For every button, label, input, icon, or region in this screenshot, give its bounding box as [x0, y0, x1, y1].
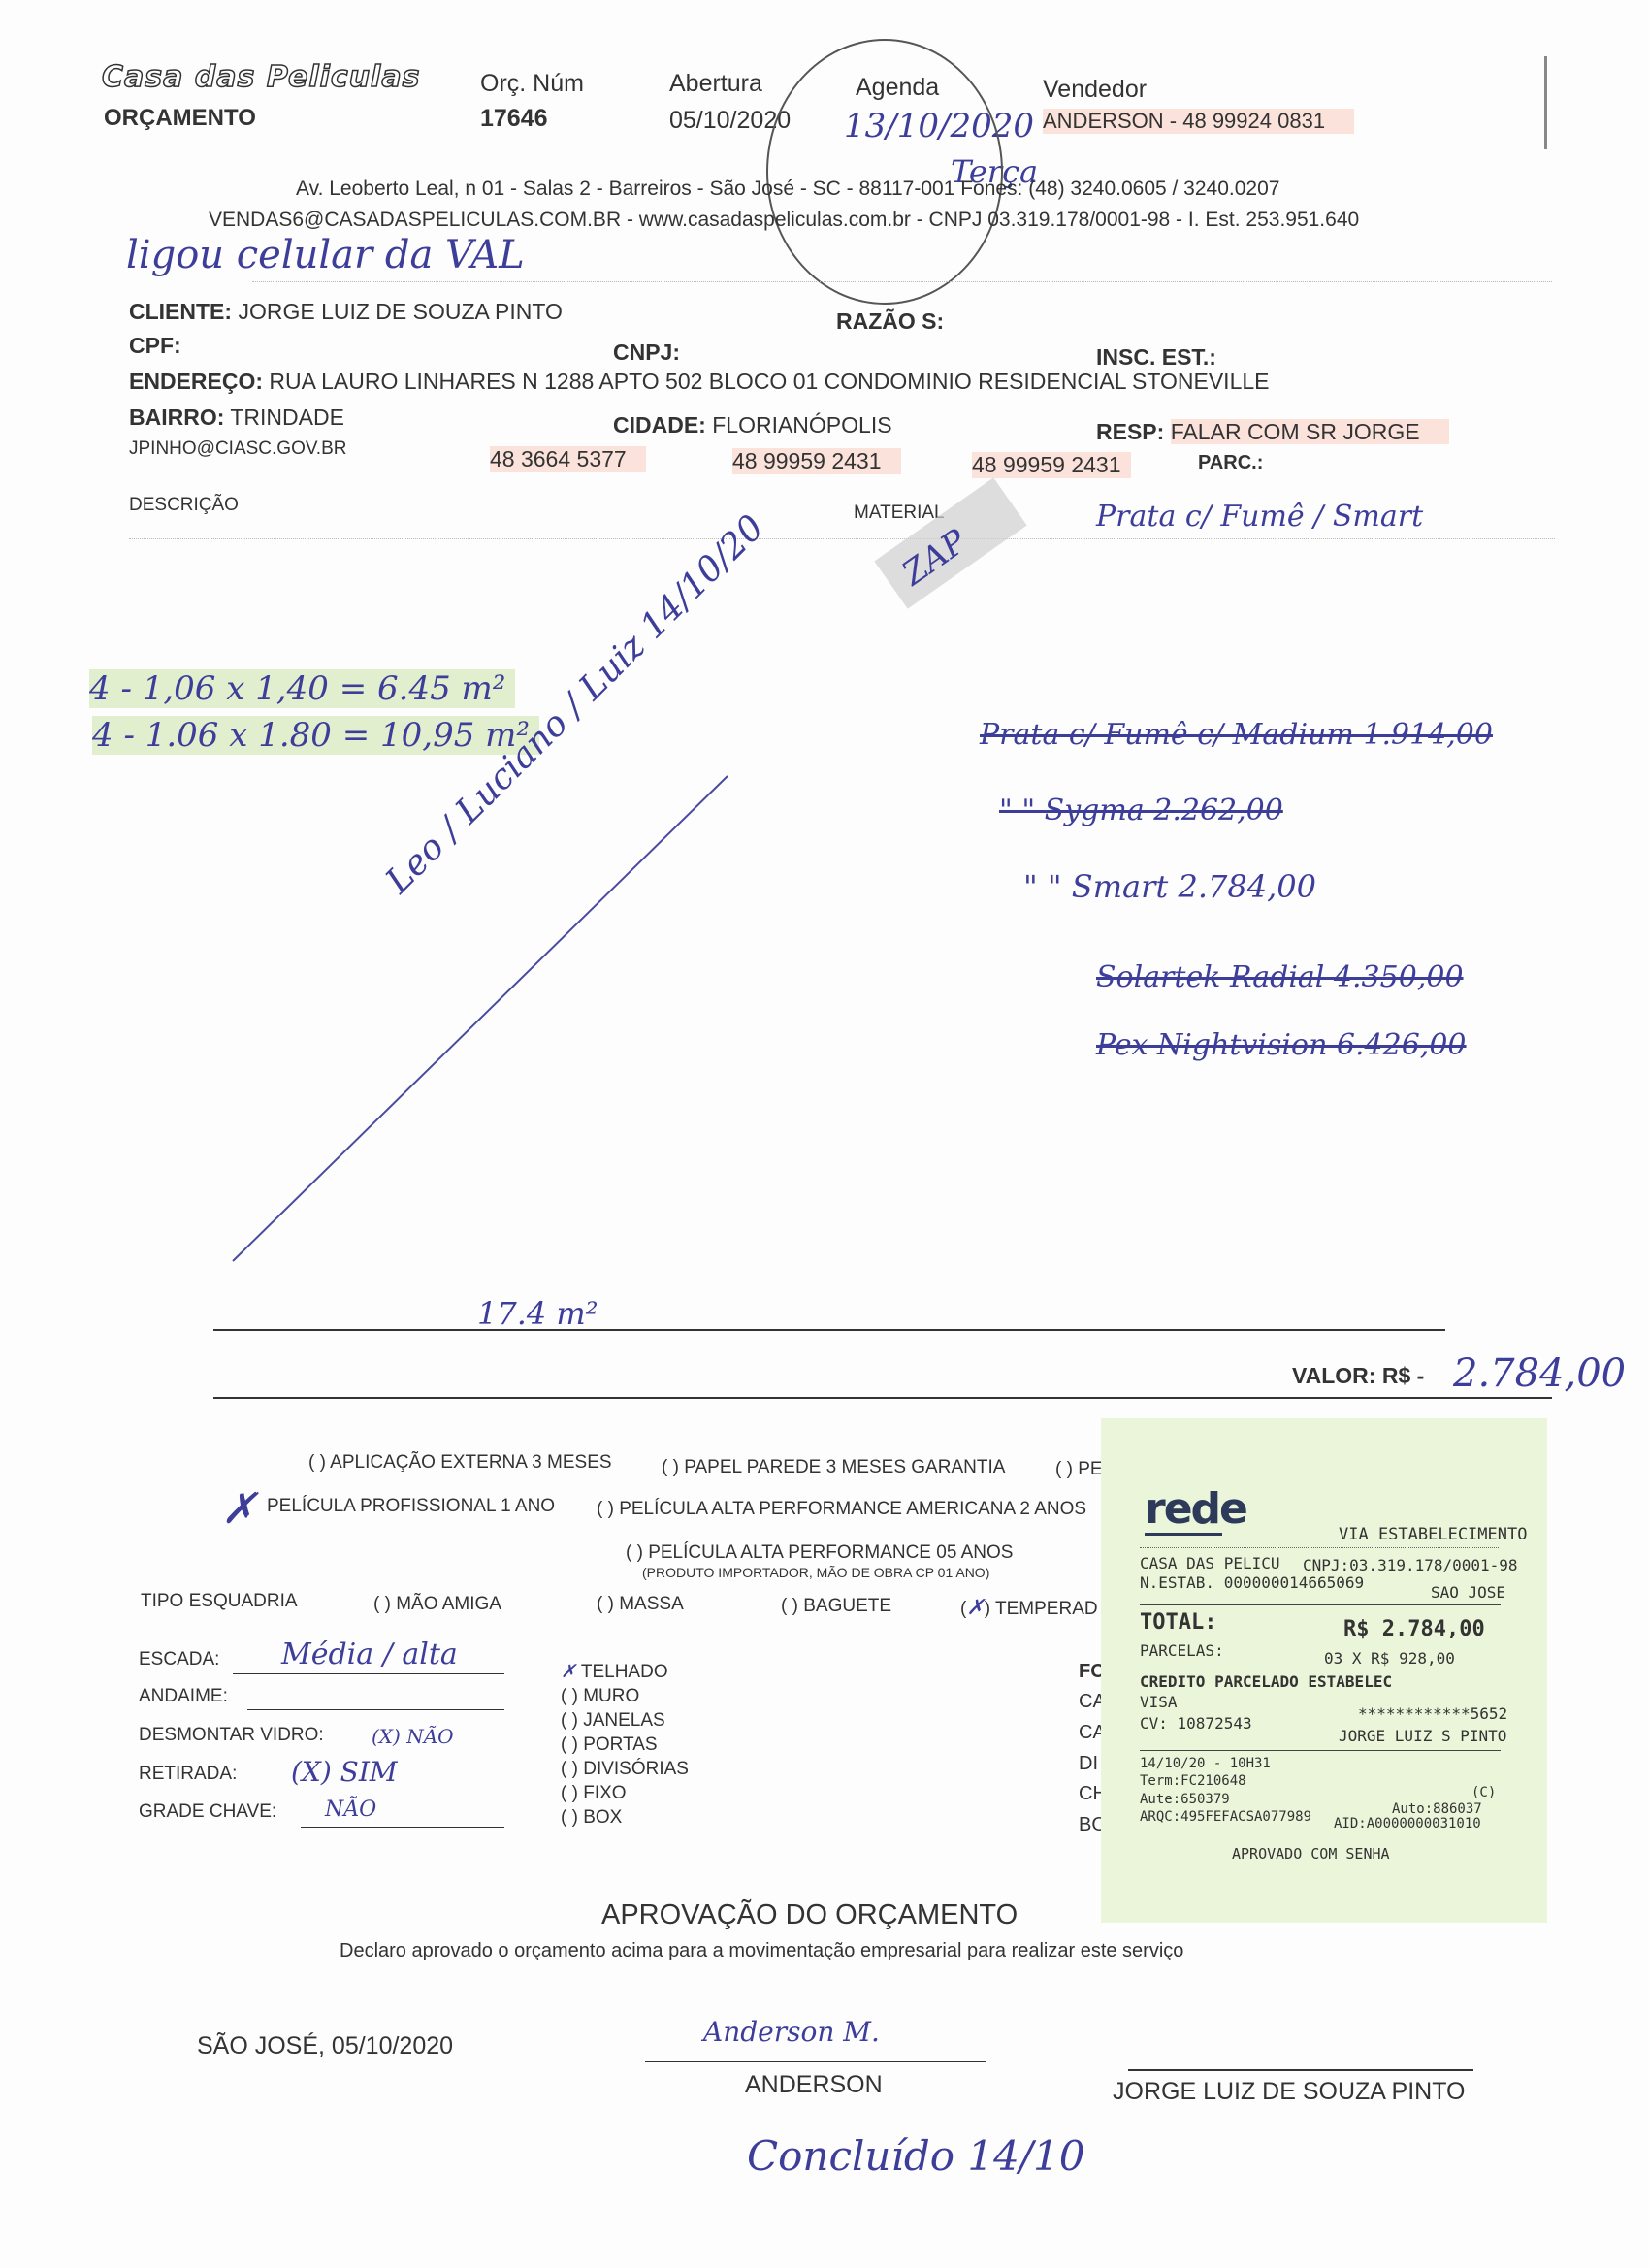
option-pelicula-5-anos-note: (PRODUTO IMPORTADOR, MÃO DE OBRA CP 01 A…: [642, 1565, 989, 1580]
local-box[interactable]: ( ) BOX: [561, 1807, 622, 1829]
receipt-card-number: ************5652: [1358, 1704, 1507, 1723]
receipt-parcelas: 03 X R$ 928,00: [1324, 1649, 1455, 1668]
approval-title: APROVAÇÃO DO ORÇAMENTO: [601, 1899, 1018, 1931]
endereco-label: ENDEREÇO:: [129, 369, 263, 394]
address-line: Av. Leoberto Leal, n 01 - Salas 2 - Barr…: [296, 178, 1279, 201]
valor-amount: 2.784,00: [1453, 1351, 1626, 1396]
resp-label: RESP:: [1096, 419, 1164, 444]
receipt-estab: N.ESTAB. 000000014665069: [1140, 1573, 1364, 1592]
approval-text: Declaro aprovado o orçamento acima para …: [339, 1940, 1183, 1962]
brand-logo: Casa das Peliculas: [102, 60, 420, 94]
resp: FALAR COM SR JORGE: [1171, 419, 1449, 444]
diagonal-line: [223, 757, 757, 1280]
place-date: SÃO JOSÉ, 05/10/2020: [197, 2032, 453, 2060]
handwritten-note-call: ligou celular da VAL: [126, 233, 525, 277]
receipt-c: (C): [1471, 1785, 1496, 1800]
valor-label: VALOR: R$ -: [1292, 1363, 1424, 1389]
receipt-merchant: CASA DAS PELICU: [1140, 1554, 1280, 1572]
field-andaime-label: ANDAIME:: [139, 1686, 228, 1707]
field-escada-value: Média / alta: [281, 1637, 458, 1671]
receipt-total-label: TOTAL:: [1140, 1610, 1216, 1635]
phone-2: 48 99959 2431: [732, 448, 901, 474]
field-grade-chave-label: GRADE CHAVE:: [139, 1801, 276, 1823]
total-area: 17.4 m²: [477, 1295, 598, 1332]
measurement-1: 4 - 1,06 x 1,40 = 6.45 m²: [89, 669, 515, 708]
orc-num-label: Orç. Núm: [480, 70, 584, 98]
receipt-parcelas-label: PARCELAS:: [1140, 1641, 1224, 1660]
option-papel-parede[interactable]: ( ) PAPEL PAREDE 3 MESES GARANTIA: [662, 1457, 1005, 1478]
field-desmontar-value: (X) NÃO: [372, 1725, 454, 1748]
quote-5: Pex Nightvision 6.426,00: [1096, 1028, 1467, 1062]
receipt-holder: JORGE LUIZ S PINTO: [1339, 1727, 1506, 1745]
option-aplicacao-externa[interactable]: ( ) APLICAÇÃO EXTERNA 3 MESES: [308, 1452, 612, 1474]
receipt-cv: CV: 10872543: [1140, 1714, 1252, 1733]
esquadria-mao-amiga[interactable]: ( ) MÃO AMIGA: [373, 1594, 501, 1615]
staple-mark: [1544, 56, 1547, 149]
razao-label: RAZÃO S:: [836, 308, 944, 335]
esquadria-baguete[interactable]: ( ) BAGUETE: [781, 1596, 891, 1617]
client-signature-line[interactable]: [1128, 2069, 1473, 2071]
cidade-label: CIDADE:: [613, 412, 706, 437]
option-pelicula-5-anos[interactable]: ( ) PELÍCULA ALTA PERFORMANCE 05 ANOS: [626, 1542, 1013, 1564]
quote-4: Solartek Radial 4.350,00: [1096, 960, 1464, 994]
receipt-card-brand: VISA: [1140, 1693, 1178, 1711]
cidade: FLORIANÓPOLIS: [712, 412, 891, 437]
stamp-circle: [766, 39, 1003, 305]
esquadria-massa[interactable]: ( ) MASSA: [597, 1594, 684, 1615]
local-janelas[interactable]: ( ) JANELAS: [561, 1710, 665, 1732]
bairro-label: BAIRRO:: [129, 405, 224, 430]
local-telhado[interactable]: ✗ TELHADO: [561, 1661, 668, 1683]
receipt-via: VIA ESTABELECIMENTO: [1339, 1525, 1527, 1544]
seller-name: ANDERSON: [745, 2071, 883, 2099]
doc-type: ORÇAMENTO: [104, 105, 256, 132]
field-desmontar-label: DESMONTAR VIDRO:: [139, 1725, 324, 1746]
orc-num: 17646: [480, 105, 548, 133]
receipt-total: R$ 2.784,00: [1343, 1617, 1485, 1641]
field-escada-label: ESCADA:: [139, 1649, 219, 1670]
footer-note: Concluído 14/10: [747, 2132, 1084, 2180]
parc-label: PARC.:: [1198, 452, 1263, 474]
quote-3-selected: " " Smart 2.784,00: [1023, 868, 1316, 905]
client-email: JPINHO@CIASC.GOV.BR: [129, 438, 346, 460]
receipt-arqc: ARQC:495FEFACSA077989: [1140, 1809, 1311, 1825]
phone-3: 48 99959 2431: [972, 452, 1131, 478]
seller-signature[interactable]: Anderson M.: [703, 2016, 880, 2048]
receipt-aid: AID:A0000000031010: [1334, 1816, 1481, 1831]
material-handwritten: Prata c/ Fumê / Smart: [1096, 500, 1423, 534]
cpf-label: CPF:: [129, 333, 181, 359]
field-retirada-label: RETIRADA:: [139, 1764, 237, 1785]
esquadria-label: TIPO ESQUADRIA: [141, 1591, 298, 1612]
receipt-term: Term:FC210648: [1140, 1773, 1246, 1789]
local-fixo[interactable]: ( ) FIXO: [561, 1783, 627, 1804]
quote-2: " " Sygma 2.262,00: [999, 794, 1283, 827]
receipt-datetime: 14/10/20 - 10H31: [1140, 1756, 1271, 1771]
descricao-label: DESCRIÇÃO: [129, 495, 239, 516]
local-portas[interactable]: ( ) PORTAS: [561, 1734, 658, 1756]
phone-1: 48 3664 5377: [490, 446, 646, 472]
local-divisorias[interactable]: ( ) DIVISÓRIAS: [561, 1759, 689, 1780]
receipt-cnpj: CNPJ:03.319.178/0001-98: [1303, 1556, 1518, 1574]
receipt-auto: Auto:886037: [1392, 1801, 1482, 1817]
rede-logo: rede: [1145, 1484, 1246, 1534]
contact-line: VENDAS6@CASADASPELICULAS.COM.BR - www.ca…: [209, 209, 1359, 232]
bairro: TRINDADE: [230, 405, 344, 430]
vendedor: ANDERSON - 48 99924 0831: [1043, 109, 1354, 134]
cliente-name: JORGE LUIZ DE SOUZA PINTO: [238, 299, 562, 324]
vendedor-label: Vendedor: [1043, 76, 1147, 104]
cliente-label: CLIENTE:: [129, 299, 232, 324]
quote-1: Prata c/ Fumê c/ Madium 1.914,00: [980, 718, 1493, 752]
check-mark-icon: ✗: [221, 1484, 257, 1534]
insc-label: INSC. EST.:: [1096, 344, 1216, 371]
receipt-status: APROVADO COM SENHA: [1232, 1845, 1390, 1863]
client-name: JORGE LUIZ DE SOUZA PINTO: [1113, 2078, 1466, 2106]
card-receipt: rede VIA ESTABELECIMENTO CASA DAS PELICU…: [1101, 1418, 1547, 1923]
option-pelicula-americana[interactable]: ( ) PELÍCULA ALTA PERFORMANCE AMERICANA …: [597, 1499, 1086, 1520]
esquadria-temperado[interactable]: (✗) TEMPERAD: [960, 1596, 1098, 1620]
receipt-city: SAO JOSE: [1431, 1583, 1505, 1602]
field-retirada-value: (X) SIM: [291, 1756, 398, 1788]
endereco: RUA LAURO LINHARES N 1288 APTO 502 BLOCO…: [269, 369, 1269, 394]
option-pel-partial[interactable]: ( ) PEl: [1055, 1459, 1107, 1480]
measurement-2: 4 - 1.06 x 1.80 = 10,95 m²: [92, 716, 539, 755]
option-pelicula-profissional[interactable]: PELÍCULA PROFISSIONAL 1 ANO: [267, 1496, 555, 1517]
receipt-aute: Aute:650379: [1140, 1792, 1230, 1807]
local-muro[interactable]: ( ) MURO: [561, 1686, 639, 1707]
forma-pgto-3: DI: [1079, 1753, 1098, 1775]
abertura-label: Abertura: [669, 70, 762, 98]
cnpj-label: CNPJ:: [613, 340, 680, 366]
field-grade-chave-value: NÃO: [325, 1798, 376, 1822]
receipt-type: CREDITO PARCELADO ESTABELEC: [1140, 1672, 1392, 1691]
